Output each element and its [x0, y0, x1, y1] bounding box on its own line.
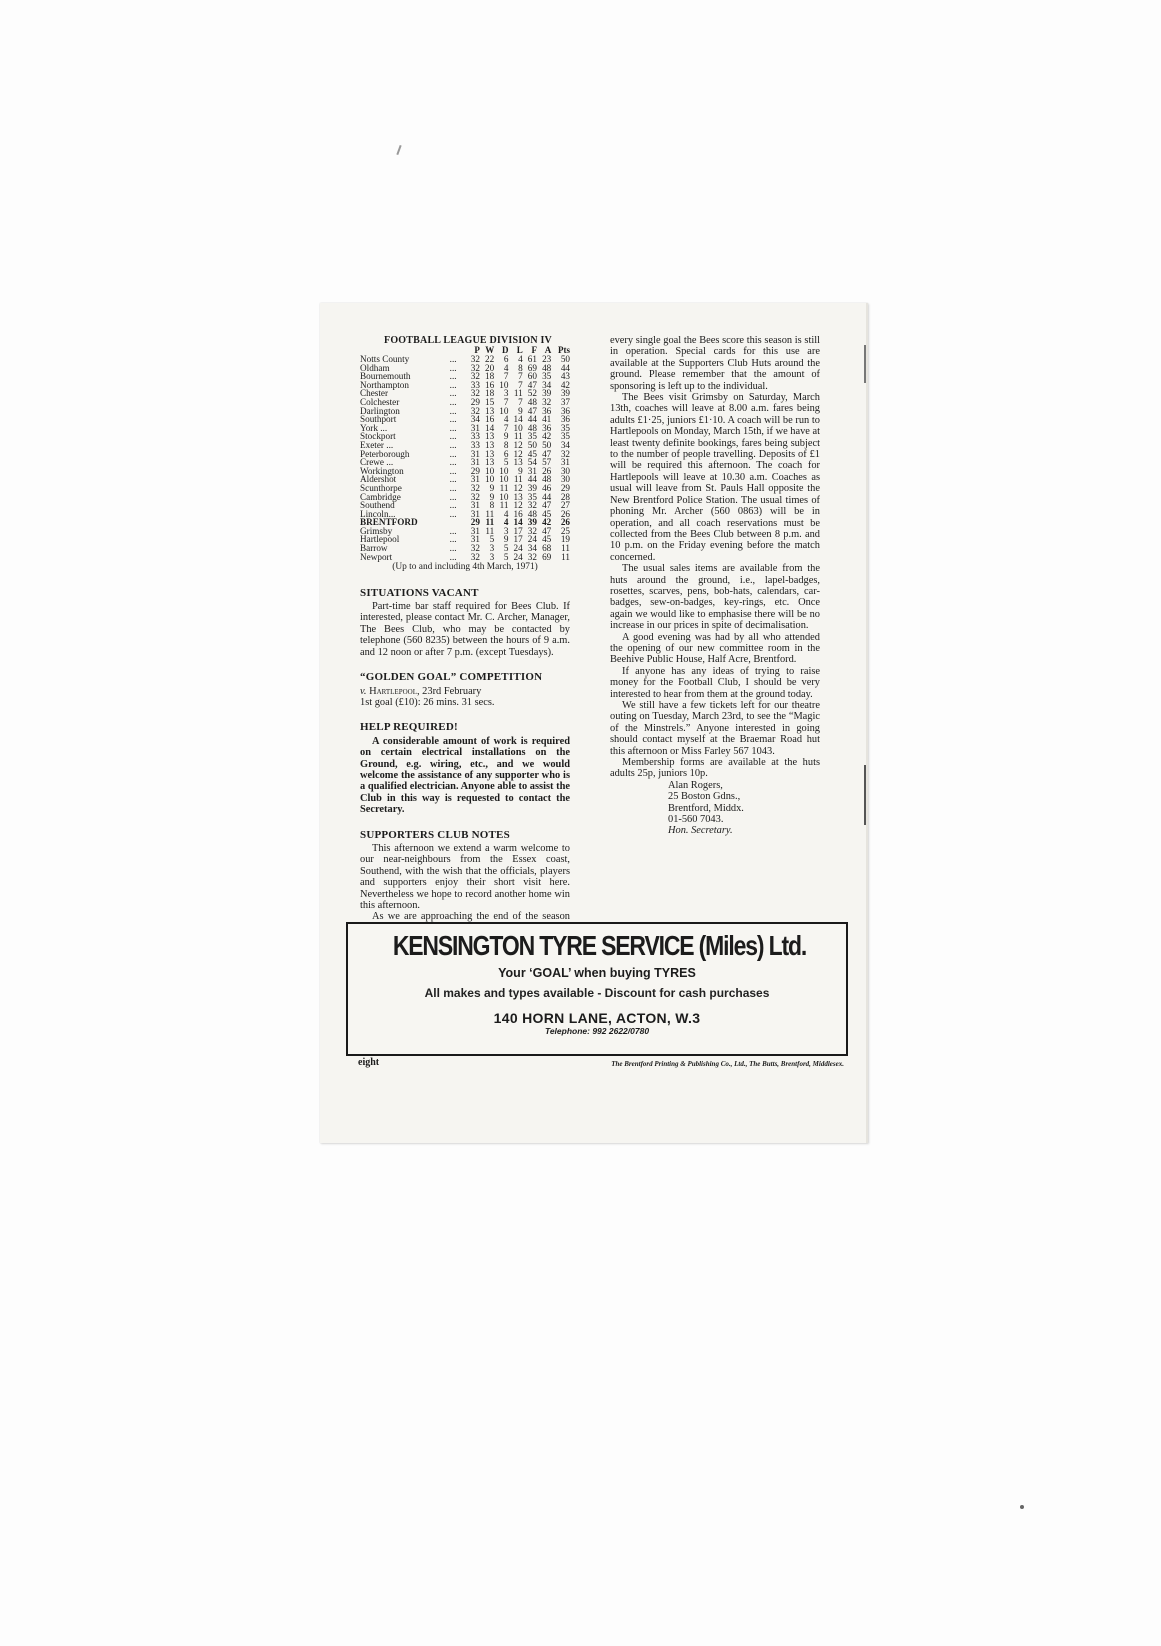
league-table-title: FOOTBALL LEAGUE DIVISION IV	[366, 335, 570, 346]
versus-label: v.	[360, 686, 366, 697]
league-table-row: Newport...323524326911	[360, 553, 570, 562]
supporters-paragraph: If anyone has any ideas of trying to rai…	[610, 666, 820, 700]
scan-mark	[864, 345, 866, 383]
page-edge	[866, 303, 868, 1143]
supporters-heading: SUPPORTERS CLUB NOTES	[360, 830, 570, 841]
signature-address: 25 Boston Gdns.,	[668, 791, 820, 802]
league-table-note: (Up to and including 4th March, 1971)	[360, 562, 570, 573]
league-table-row: Notts County...322264612350	[360, 355, 570, 364]
scan-mark	[1020, 1505, 1024, 1509]
leader-dots: ...	[450, 553, 466, 562]
signature-phone: 01-560 7043.	[668, 814, 820, 825]
league-table-row: Northampton...3316107473442	[360, 381, 570, 390]
advert-address: 140 HORN LANE, ACTON, W.3	[348, 1010, 846, 1026]
golden-goal-match: v. Hartlepool, 23rd February	[360, 686, 570, 697]
supporters-paragraph: This afternoon we extend a warm welcome …	[360, 843, 570, 911]
supporters-continuation: every single goal the Bees score this se…	[610, 335, 820, 392]
stat-d: 5	[494, 553, 508, 562]
help-body: A considerable amount of work is require…	[360, 736, 570, 816]
leader-dots: ...	[450, 510, 466, 519]
stat-a: 69	[537, 553, 551, 562]
league-table-row: Southport...3416414444136	[360, 415, 570, 424]
golden-goal-result: 1st goal (£10): 26 mins. 31 secs.	[360, 697, 570, 708]
golden-goal-date: , 23rd February	[417, 686, 481, 697]
supporters-paragraph: We still have a few tickets left for our…	[610, 700, 820, 757]
advert-company: KENSINGTON TYRE SERVICE (Miles) Ltd.	[393, 930, 801, 962]
help-heading: HELP REQUIRED!	[360, 722, 570, 733]
team-name: Newport	[360, 553, 450, 562]
page-number: eight	[358, 1057, 379, 1068]
advert-offer: All makes and types available - Discount…	[348, 986, 846, 1000]
stat-l: 24	[508, 553, 522, 562]
stat-f: 32	[523, 553, 537, 562]
left-column: FOOTBALL LEAGUE DIVISION IV P W D L F A …	[360, 335, 570, 946]
supporters-paragraph: Membership forms are available at the hu…	[610, 757, 820, 780]
league-table-body: Notts County...322264612350Oldham...3220…	[360, 355, 570, 561]
signature-title: Hon. Secretary.	[668, 825, 820, 836]
golden-goal-opponent: Hartlepool	[369, 686, 417, 697]
supporters-paragraph: The usual sales items are available from…	[610, 563, 820, 631]
stat-pts: 11	[551, 553, 570, 562]
signature-name: Alan Rogers,	[668, 780, 820, 791]
stat-p: 32	[466, 553, 480, 562]
golden-goal-heading: “GOLDEN GOAL” COMPETITION	[360, 672, 570, 683]
right-column: every single goal the Bees score this se…	[610, 335, 820, 837]
scan-mark	[396, 145, 401, 155]
signature-block: Alan Rogers, 25 Boston Gdns., Brentford,…	[668, 780, 820, 837]
printer-credit: The Brentford Printing & Publishing Co.,…	[611, 1060, 844, 1068]
scan-mark	[864, 765, 866, 825]
league-table: P W D L F A Pts Notts County...322264612…	[360, 346, 570, 561]
programme-page: FOOTBALL LEAGUE DIVISION IV P W D L F A …	[320, 303, 868, 1143]
stat-w: 3	[480, 553, 494, 562]
signature-town: Brentford, Middx.	[668, 803, 820, 814]
supporters-paragraph: A good evening was had by all who attend…	[610, 632, 820, 666]
kensington-tyre-advert: KENSINGTON TYRE SERVICE (Miles) Ltd. You…	[346, 922, 848, 1056]
supporters-paragraph: The Bees visit Grimsby on Saturday, Marc…	[610, 392, 820, 563]
league-table-row: Hartlepool...315917244519	[360, 535, 570, 544]
situations-body: Part-time bar staff required for Bees Cl…	[360, 601, 570, 658]
advert-telephone: Telephone: 992 2622/0780	[348, 1026, 846, 1036]
situations-heading: SITUATIONS VACANT	[360, 588, 570, 599]
advert-tagline: Your ‘GOAL’ when buying TYRES	[348, 966, 846, 980]
